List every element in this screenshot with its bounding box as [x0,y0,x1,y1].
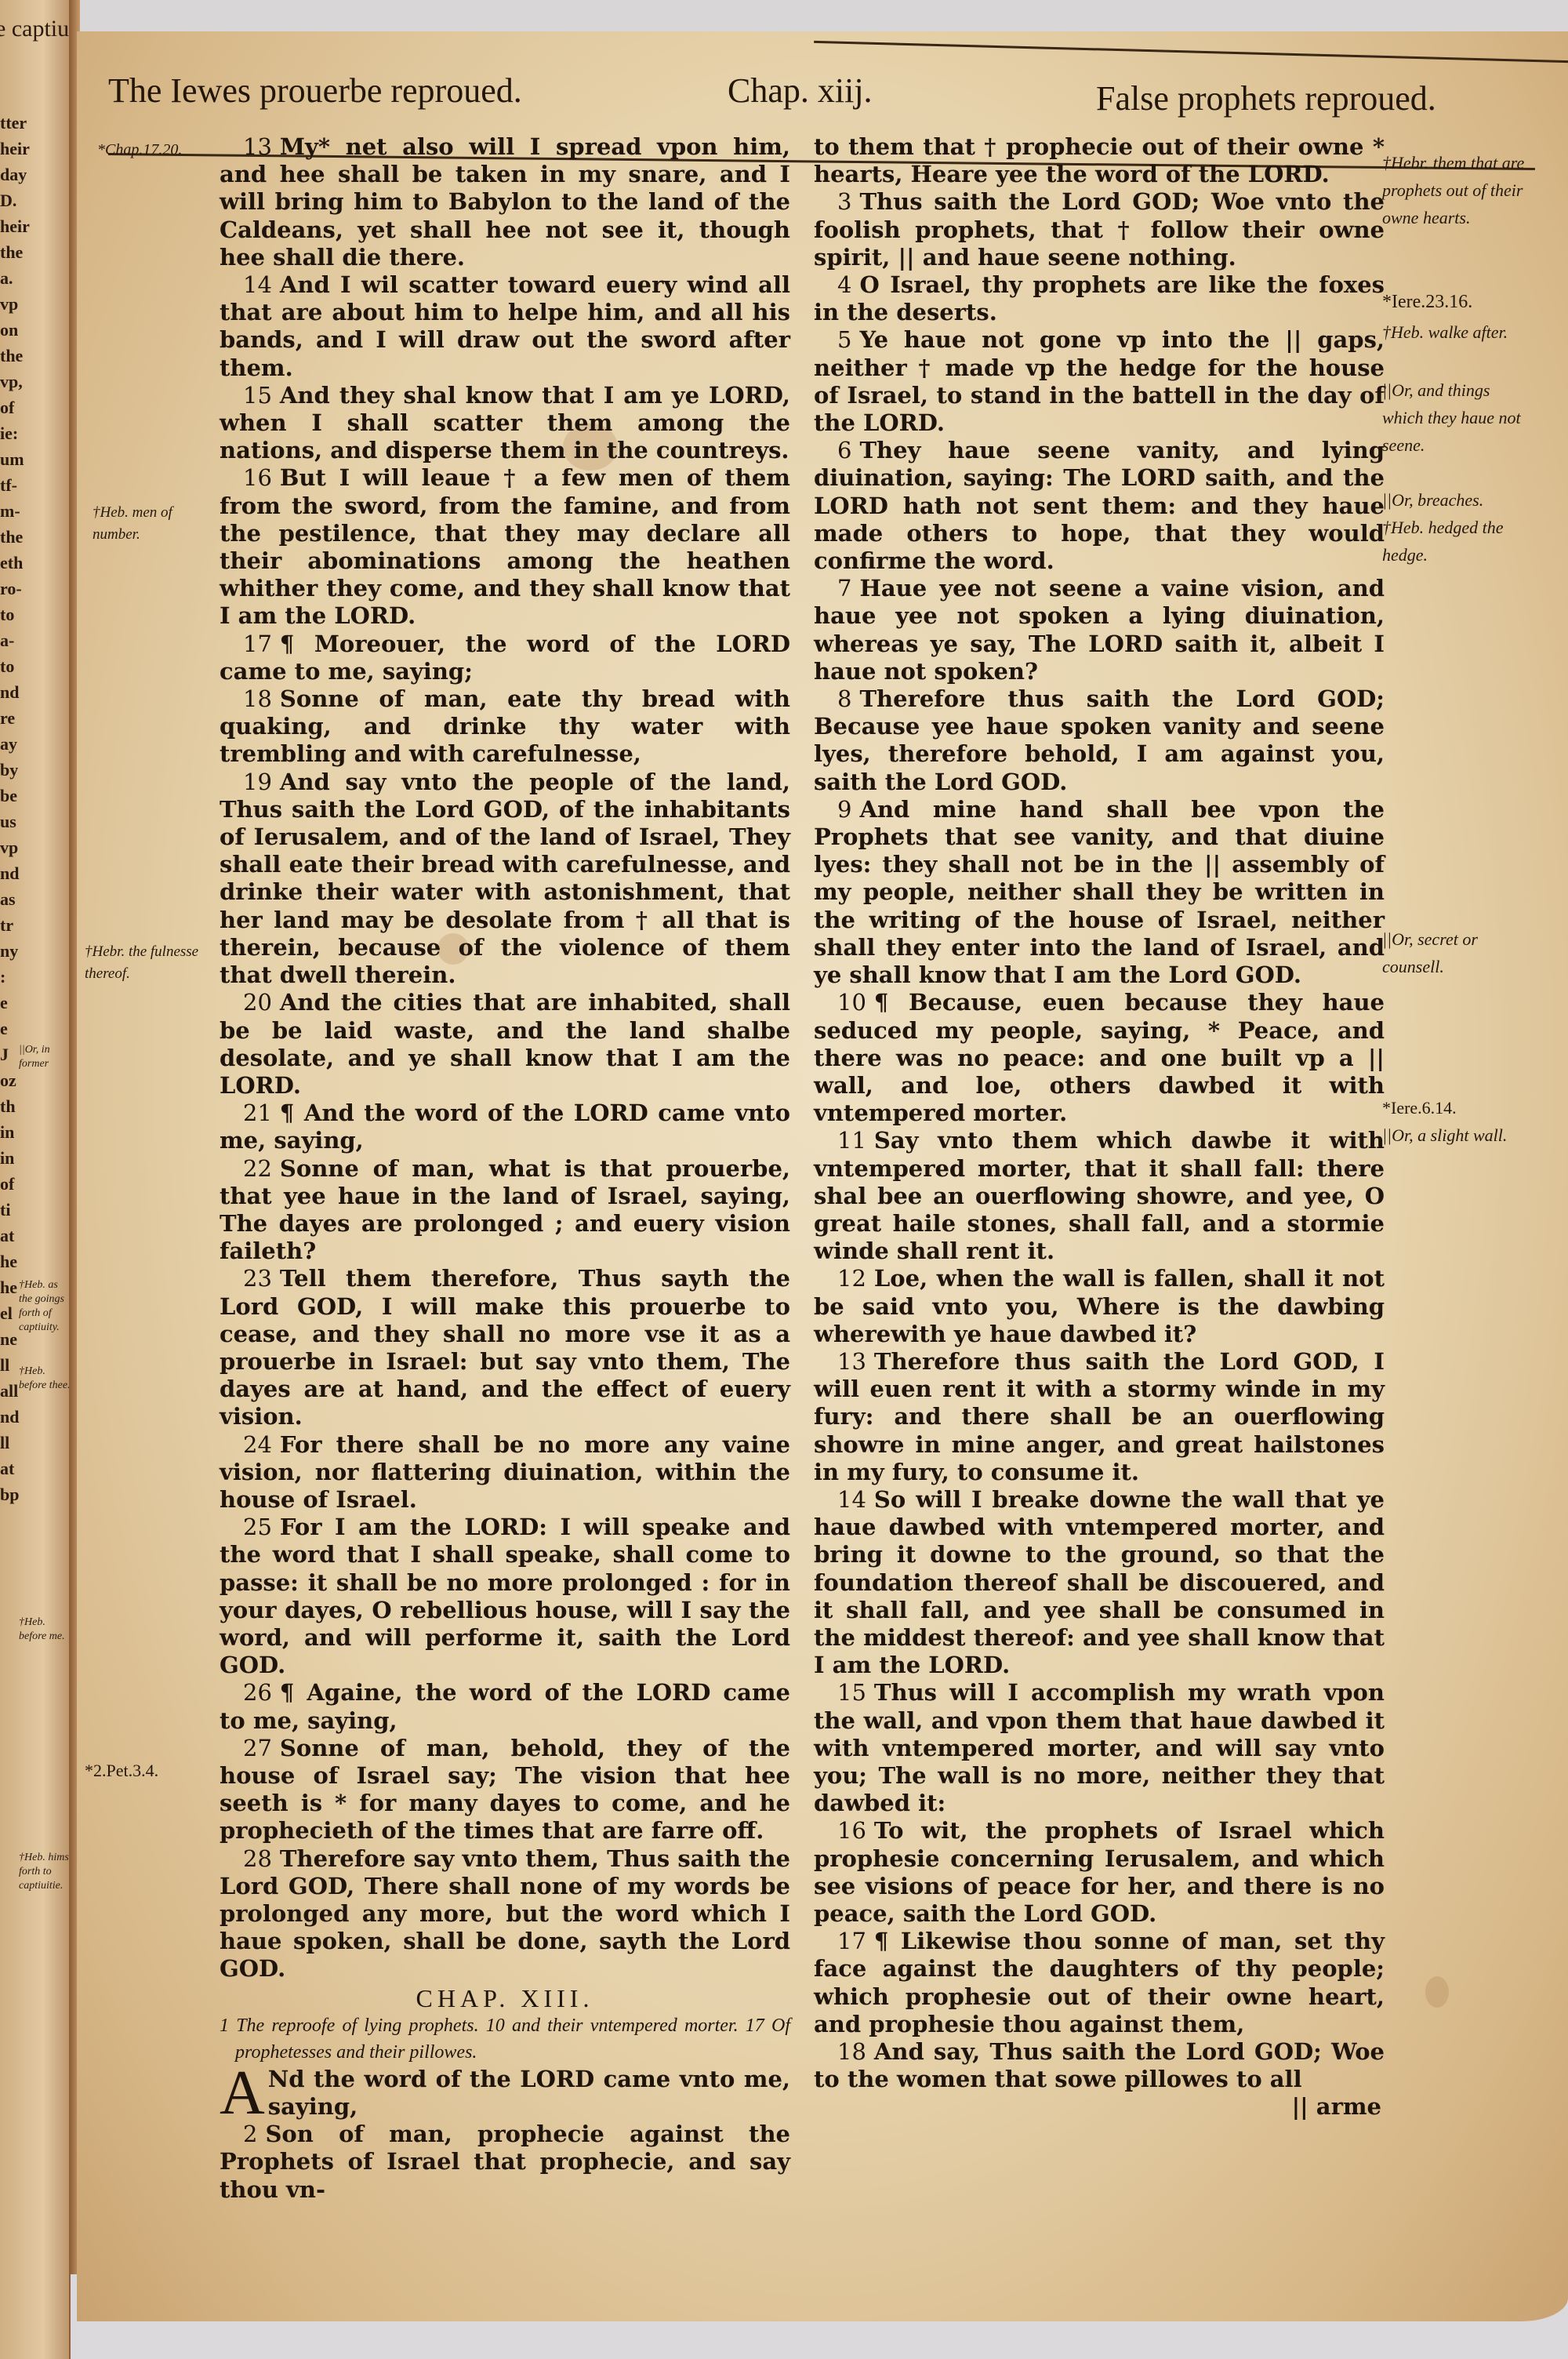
verse-text: But I will leaue † a few men of them fro… [220,464,790,629]
verse-number: 14 [243,271,272,298]
verse-text: For I am the LORD: I will speake and the… [220,1514,790,1678]
verse-number: 27 [243,1735,272,1761]
previous-page-margin-note: †Heb. hims forth to captiuitie. [19,1851,72,1893]
verse-text: Sonne of man, behold, they of the house … [220,1735,790,1845]
verse-text: O Israel, thy prophets are like the foxe… [814,271,1385,325]
margin-note-left: *Chap.17.20. [97,136,215,164]
verse: 23Tell them therefore, Thus sayth the Lo… [220,1265,790,1430]
header-rule-top [814,41,1568,64]
margin-note-right: †Heb. hedged the hedge. [1382,514,1531,569]
verse-number: 11 [837,1127,866,1154]
verse: 28Therefore say vnto them, Thus saith th… [220,1845,790,1983]
previous-page-edge: e captiuity. tter heir day D. heir the a… [0,0,72,2359]
chapter-heading: CHAP. XIII. [220,1985,790,2012]
verse-number: 4 [837,271,851,298]
paper-stain [1425,1976,1449,2008]
verse: 13My* net also will I spread vpon him, a… [220,133,790,271]
verse-number: 28 [243,1845,272,1872]
verse-number: 6 [837,437,851,463]
previous-page-margin-note: ||Or, in former [19,1043,72,1071]
verse-text: And say, Thus saith the Lord GOD; Woe to… [814,2038,1385,2092]
text-column-right: to them that † prophecie out of their ow… [814,133,1385,2121]
verse-number: 15 [243,382,272,409]
verse: 8Therefore thus saith the Lord GOD; Beca… [814,685,1385,796]
verse: 16But I will leaue † a few men of them f… [220,464,790,630]
verse-text: For there shall be no more any vaine vis… [220,1431,790,1513]
chapter-summary: 1 The reproofe of lying prophets. 10 and… [220,2012,790,2066]
margin-note-right: *Iere.6.14. [1382,1094,1531,1121]
verse-text: Therefore thus saith the Lord GOD, I wil… [814,1348,1385,1485]
verse-number: 3 [837,188,851,215]
verse-number: 13 [243,133,272,160]
verse: 3Thus saith the Lord GOD; Woe vnto the f… [814,188,1385,271]
verse-text: Loe, when the wall is fallen, shall it n… [814,1265,1385,1347]
verse-number: 26 [243,1679,272,1706]
verse-text: They haue seene vanity, and lying diuina… [814,437,1385,574]
verse: 22Sonne of man, what is that prouerbe, t… [220,1155,790,1266]
verse-number: 16 [243,464,272,491]
margin-note-right: ||Or, breaches. [1382,486,1531,514]
verse: 24For there shall be no more any vaine v… [220,1431,790,1514]
verse: 18And say, Thus saith the Lord GOD; Woe … [814,2038,1385,2093]
verse-text: Son of man, prophecie against the Prophe… [220,2121,790,2202]
margin-note-right: *Iere.23.16. [1382,289,1531,316]
previous-page-running-head: e captiuity. [0,16,72,42]
verse-number: 25 [243,1514,272,1540]
previous-page-margin-note: †Heb. before me. [19,1616,72,1644]
verse-number: 10 [837,989,866,1016]
verse-text: And the cities that are inhabited, shall… [220,989,790,1099]
verse-text: And I wil scatter toward euery wind all … [220,271,790,381]
verse-number: 23 [243,1265,272,1292]
verse-text: Therefore say vnto them, Thus saith the … [220,1845,790,1983]
verse-text: Sonne of man, what is that prouerbe, tha… [220,1155,790,1265]
margin-note-left: †Hebr. the fulnesse thereof. [85,941,210,985]
verse-number: 24 [243,1431,272,1458]
verse: 27Sonne of man, behold, they of the hous… [220,1735,790,1845]
verse-number: 8 [837,685,851,712]
verse-text: Say vnto them which dawbe it with vntemp… [814,1127,1385,1264]
verse-number: 18 [837,2038,866,2065]
verse: 16To wit, the prophets of Israel which p… [814,1817,1385,1928]
verse-number: 13 [837,1348,866,1375]
verse: 11Say vnto them which dawbe it with vnte… [814,1127,1385,1265]
verse: 14And I wil scatter toward euery wind al… [220,271,790,382]
verse: 26¶ Againe, the word of the LORD came to… [220,1679,790,1734]
margin-note-right: ||Or, secret or counsell. [1382,925,1531,980]
verse: 15Thus will I accomplish my wrath vpon t… [814,1679,1385,1817]
book-page: The Iewes prouerbe reproued. Chap. xiij.… [77,31,1568,2321]
verse: 4O Israel, thy prophets are like the fox… [814,271,1385,326]
verse-text: Thus will I accomplish my wrath vpon the… [814,1679,1385,1816]
verse-text: ¶ Likewise thou sonne of man, set thy fa… [814,1928,1385,2037]
verse: 14So will I breake downe the wall that y… [814,1486,1385,1679]
verse-text: Nd the word of the LORD came vnto me, sa… [268,2066,790,2120]
verse-number: 14 [837,1486,866,1513]
verse-text: Sonne of man, eate thy bread with quakin… [220,685,790,767]
verse: 7Haue yee not seene a vaine vision, and … [814,575,1385,685]
verse: 13Therefore thus saith the Lord GOD, I w… [814,1348,1385,1486]
verse-text: ¶ And the word of the LORD came vnto me,… [220,1100,790,1154]
margin-note-right: †Hebr. them that are prophets out of the… [1382,149,1531,231]
verse-number: 17 [243,631,272,657]
verse-continuation: to them that † prophecie out of their ow… [814,133,1385,188]
verse-text: And they shal know that I am ye LORD, wh… [220,382,790,463]
margin-note-left: †Heb. men of number. [93,502,210,546]
verse: 6They haue seene vanity, and lying diuin… [814,437,1385,575]
verse-number: 16 [837,1817,866,1844]
verse-text: Therefore thus saith the Lord GOD; Becau… [814,685,1385,795]
verse: 2Son of man, prophecie against the Proph… [220,2121,790,2204]
verse: 20And the cities that are inhabited, sha… [220,989,790,1100]
verse-text: And mine hand shall bee vpon the Prophet… [814,796,1385,988]
verse-number: 2 [243,2121,257,2147]
verse: 18Sonne of man, eate thy bread with quak… [220,685,790,769]
margin-note-right: †Heb. walke after. [1382,318,1531,346]
margin-note-right: ||Or, and things which they haue not see… [1382,376,1531,459]
verse-number: 22 [243,1155,272,1182]
running-head-left: The Iewes prouerbe reproued. [108,71,522,111]
previous-page-margin-note: †Heb. as the goings forth of captiuity. [19,1278,72,1335]
verse-number: 20 [243,989,272,1016]
verse: 15And they shal know that I am ye LORD, … [220,382,790,465]
verse-text: My* net also will I spread vpon him, and… [220,133,790,271]
chapter-indicator: Chap. xiij. [728,71,873,111]
verse: 9And mine hand shall bee vpon the Prophe… [814,796,1385,989]
verse-text: Thus saith the Lord GOD; Woe vnto the fo… [814,188,1385,270]
verse-text: ¶ Moreouer, the word of the LORD came to… [220,631,790,685]
verse-text: So will I breake downe the wall that ye … [814,1486,1385,1678]
verse-text: Tell them therefore, Thus sayth the Lord… [220,1265,790,1430]
verse-number: 5 [837,326,851,353]
verse: 17¶ Moreouer, the word of the LORD came … [220,631,790,685]
verse-number: 21 [243,1100,272,1126]
verse: 5Ye haue not gone vp into the || gaps, n… [814,326,1385,437]
running-head-right: False prophets reproued. [1096,78,1436,118]
verse: 21¶ And the word of the LORD came vnto m… [220,1100,790,1154]
verse-number: 15 [837,1679,866,1706]
margin-note-right: ||Or, a slight wall. [1382,1121,1531,1149]
verse: 25For I am the LORD: I will speake and t… [220,1514,790,1679]
verse-text: To wit, the prophets of Israel which pro… [814,1817,1385,1927]
previous-page-margin-note: †Heb. before thee. [19,1365,72,1393]
verse: 19And say vnto the people of the land, T… [220,769,790,990]
verse-text: And say vnto the people of the land, Thu… [220,769,790,988]
verse-text: Haue yee not seene a vaine vision, and h… [814,575,1385,685]
verse-text: ¶ Againe, the word of the LORD came to m… [220,1679,790,1733]
text-column-left: 13My* net also will I spread vpon him, a… [220,133,790,2204]
verse-number: 7 [837,575,851,602]
verse-number: 12 [837,1265,866,1292]
verse-1: ANd the word of the LORD came vnto me, s… [220,2066,790,2121]
drop-cap: A [220,2066,265,2121]
verse-number: 19 [243,769,272,795]
verse-number: 17 [837,1928,866,1954]
margin-note-left: *2.Pet.3.4. [85,1757,210,1784]
verse-text: to them that † prophecie out of their ow… [814,133,1385,187]
verse: 17¶ Likewise thou sonne of man, set thy … [814,1928,1385,2038]
verse-text: Ye haue not gone vp into the || gaps, ne… [814,326,1385,436]
verse: 10¶ Because, euen because they haue sedu… [814,989,1385,1127]
verse-number: 9 [837,796,851,823]
verse-number: 18 [243,685,272,712]
catchword: || arme [814,2093,1385,2121]
verse: 12Loe, when the wall is fallen, shall it… [814,1265,1385,1348]
verse-text: ¶ Because, euen because they haue seduce… [814,989,1385,1126]
